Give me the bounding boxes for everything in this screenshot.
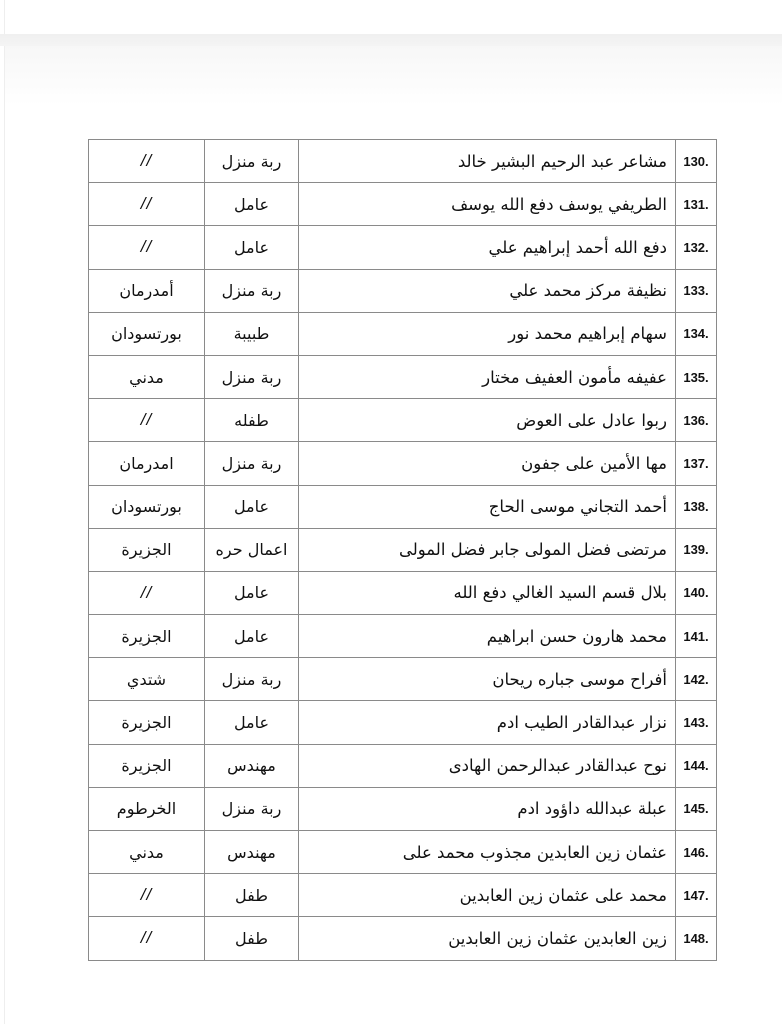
person-name-cell: نظيفة مركز محمد علي [299,269,676,312]
occupation-cell: طفل [205,874,299,917]
table-row: 135.عفيفه مأمون العفيف مختارربة منزلمدني [89,355,717,398]
person-name-cell: زين العابدين عثمان زين العابدين [299,917,676,960]
table-row: 148.زين العابدين عثمان زين العابدينطفل// [89,917,717,960]
person-name-cell: محمد هارون حسن ابراهيم [299,615,676,658]
row-number-cell: 148. [676,917,717,960]
occupation-cell: عامل [205,485,299,528]
row-number-cell: 142. [676,658,717,701]
person-name-cell: مرتضى فضل المولى جابر فضل المولى [299,528,676,571]
table-row: 145.عبلة عبدالله داؤود ادمربة منزلالخرطو… [89,787,717,830]
row-number-cell: 135. [676,355,717,398]
row-number-cell: 145. [676,787,717,830]
page-separator [0,34,782,46]
location-cell: الجزيرة [89,744,205,787]
row-number-cell: 136. [676,399,717,442]
occupation-cell: ربة منزل [205,442,299,485]
occupation-cell: مهندس [205,744,299,787]
row-number-cell: 146. [676,831,717,874]
occupation-cell: طفله [205,399,299,442]
person-name-cell: مشاعر عبد الرحيم البشير خالد [299,140,676,183]
location-cell: // [89,140,205,183]
person-name-cell: بلال قسم السيد الغالي دفع الله [299,571,676,614]
occupation-cell: طبيبة [205,312,299,355]
previous-page-bottom [4,0,782,34]
occupation-cell: عامل [205,183,299,226]
row-number-cell: 138. [676,485,717,528]
location-cell: بورتسودان [89,485,205,528]
location-cell: امدرمان [89,442,205,485]
table-row: 131.الطريفي يوسف دفع الله يوسفعامل// [89,183,717,226]
occupation-cell: ربة منزل [205,269,299,312]
table-row: 144.نوح عبدالقادر عبدالرحمن الهادىمهندسا… [89,744,717,787]
location-cell: مدني [89,831,205,874]
person-name-cell: عبلة عبدالله داؤود ادم [299,787,676,830]
person-name-cell: عثمان زين العابدين مجذوب محمد على [299,831,676,874]
location-cell: // [89,571,205,614]
location-cell: الجزيرة [89,615,205,658]
row-number-cell: 131. [676,183,717,226]
person-name-cell: أحمد التجاني موسى الحاج [299,485,676,528]
occupation-cell: عامل [205,226,299,269]
table-row: 147.محمد على عثمان زين العابدينطفل// [89,874,717,917]
location-cell: شتدي [89,658,205,701]
location-cell: الجزيرة [89,701,205,744]
row-number-cell: 147. [676,874,717,917]
occupation-cell: مهندس [205,831,299,874]
occupation-cell: عامل [205,571,299,614]
location-cell: أمدرمان [89,269,205,312]
table-row: 142.أفراح موسى جباره ريحانربة منزلشتدي [89,658,717,701]
occupation-cell: ربة منزل [205,658,299,701]
person-name-cell: نوح عبدالقادر عبدالرحمن الهادى [299,744,676,787]
location-cell: بورتسودان [89,312,205,355]
occupation-cell: اعمال حره [205,528,299,571]
roster-table: 130.مشاعر عبد الرحيم البشير خالدربة منزل… [88,139,717,961]
table-row: 138.أحمد التجاني موسى الحاجعاملبورتسودان [89,485,717,528]
row-number-cell: 132. [676,226,717,269]
row-number-cell: 134. [676,312,717,355]
row-number-cell: 130. [676,140,717,183]
table-row: 130.مشاعر عبد الرحيم البشير خالدربة منزل… [89,140,717,183]
table-row: 137.مها الأمين على جفونربة منزلامدرمان [89,442,717,485]
person-name-cell: دفع الله أحمد إبراهيم علي [299,226,676,269]
table-row: 136.ربوا عادل على العوضطفله// [89,399,717,442]
location-cell: // [89,399,205,442]
person-name-cell: أفراح موسى جباره ريحان [299,658,676,701]
row-number-cell: 133. [676,269,717,312]
person-name-cell: الطريفي يوسف دفع الله يوسف [299,183,676,226]
location-cell: الخرطوم [89,787,205,830]
occupation-cell: عامل [205,615,299,658]
row-number-cell: 140. [676,571,717,614]
table-row: 143.نزار عبدالقادر الطيب ادمعاملالجزيرة [89,701,717,744]
table-row: 132.دفع الله أحمد إبراهيم عليعامل// [89,226,717,269]
occupation-cell: ربة منزل [205,355,299,398]
table-row: 134.سهام إبراهيم محمد نورطبيبةبورتسودان [89,312,717,355]
row-number-cell: 144. [676,744,717,787]
occupation-cell: ربة منزل [205,787,299,830]
table-row: 140.بلال قسم السيد الغالي دفع اللهعامل// [89,571,717,614]
occupation-cell: عامل [205,701,299,744]
person-name-cell: نزار عبدالقادر الطيب ادم [299,701,676,744]
occupation-cell: ربة منزل [205,140,299,183]
row-number-cell: 141. [676,615,717,658]
row-number-cell: 137. [676,442,717,485]
location-cell: الجزيرة [89,528,205,571]
person-name-cell: عفيفه مأمون العفيف مختار [299,355,676,398]
person-name-cell: ربوا عادل على العوض [299,399,676,442]
roster-table-body: 130.مشاعر عبد الرحيم البشير خالدربة منزل… [89,140,717,961]
person-name-cell: محمد على عثمان زين العابدين [299,874,676,917]
table-row: 133.نظيفة مركز محمد عليربة منزلأمدرمان [89,269,717,312]
table-row: 141.محمد هارون حسن ابراهيمعاملالجزيرة [89,615,717,658]
table-row: 139.مرتضى فضل المولى جابر فضل المولىاعما… [89,528,717,571]
location-cell: // [89,874,205,917]
table-row: 146.عثمان زين العابدين مجذوب محمد علىمهن… [89,831,717,874]
location-cell: مدني [89,355,205,398]
person-name-cell: سهام إبراهيم محمد نور [299,312,676,355]
location-cell: // [89,917,205,960]
row-number-cell: 139. [676,528,717,571]
location-cell: // [89,226,205,269]
person-name-cell: مها الأمين على جفون [299,442,676,485]
row-number-cell: 143. [676,701,717,744]
location-cell: // [89,183,205,226]
occupation-cell: طفل [205,917,299,960]
